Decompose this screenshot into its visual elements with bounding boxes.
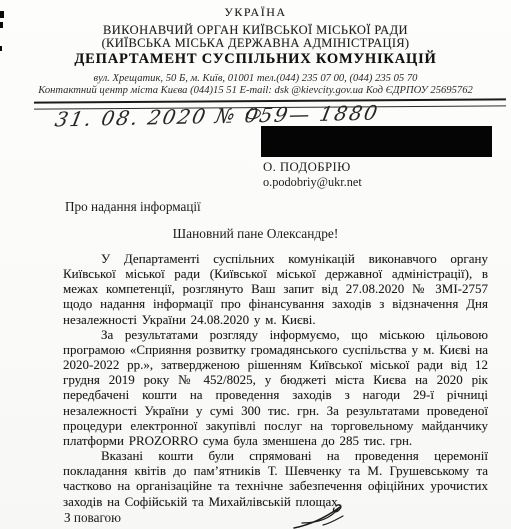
letterhead-contact: Контактний центр міста Києва (044)15 51 … xyxy=(0,85,511,96)
scanned-letter-page: УКРАЇНА ВИКОНАВЧИЙ ОРГАН КИЇВСЬКОЇ МІСЬК… xyxy=(0,0,511,529)
recipient-name: О. ПОДОБРІЮ xyxy=(263,160,351,175)
letter-subject: Про надання інформації xyxy=(65,199,201,215)
body-paragraph-2: За результатами розгляду інформуємо, що … xyxy=(63,327,488,448)
body-paragraph-3: Вказані кошти були спрямовані на проведе… xyxy=(63,448,488,509)
letterhead-address: вул. Хрещатик, 50 Б, м. Київ, 01001 тел.… xyxy=(0,73,511,84)
letter-closing: З повагою xyxy=(64,510,121,526)
letter-salutation: Шановний пане Олександре! xyxy=(0,226,511,242)
body-paragraph-1: У Департаменті суспільних комунікацій ви… xyxy=(63,251,488,327)
signature-stroke xyxy=(293,503,351,529)
letterhead-country: УКРАЇНА xyxy=(0,5,511,20)
recipient-email: o.podobriy@ukr.net xyxy=(263,175,362,190)
letterhead-department: ДЕПАРТАМЕНТ СУСПІЛЬНИХ КОМУНІКАЦІЙ xyxy=(0,51,511,68)
letterhead-org-line2: (КИЇВСЬКА МІСЬКА ДЕРЖАВНА АДМІНІСТРАЦІЯ) xyxy=(0,36,511,51)
redaction-bar xyxy=(261,126,492,157)
letter-body: У Департаменті суспільних комунікацій ви… xyxy=(63,251,488,509)
